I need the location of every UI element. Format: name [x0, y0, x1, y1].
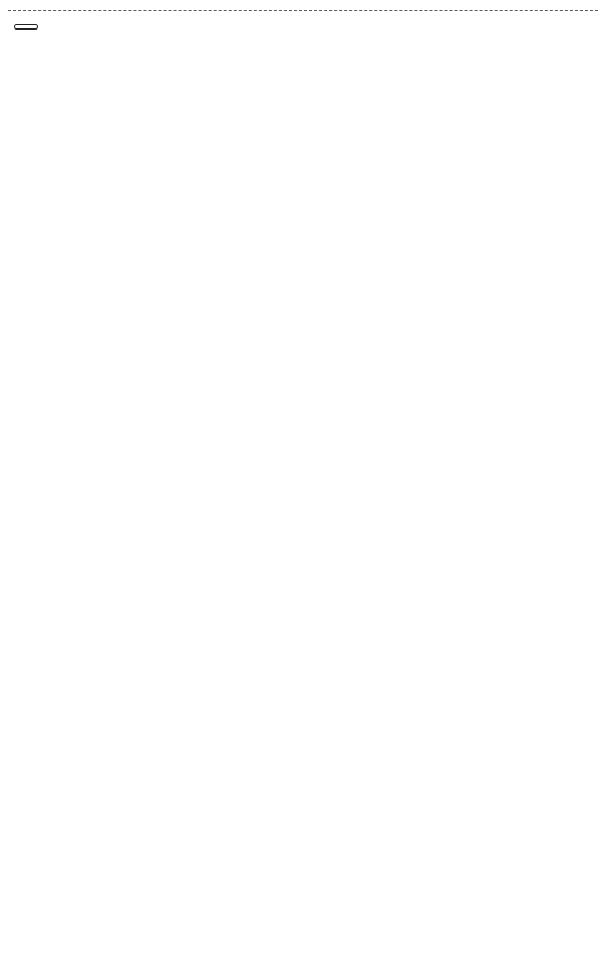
- yoshiki-section-header: [14, 24, 38, 29]
- yoshiki-section: [0, 13, 606, 40]
- toc-top-section: [0, 0, 606, 6]
- document-page: [0, 0, 606, 964]
- dashed-divider: [8, 10, 598, 11]
